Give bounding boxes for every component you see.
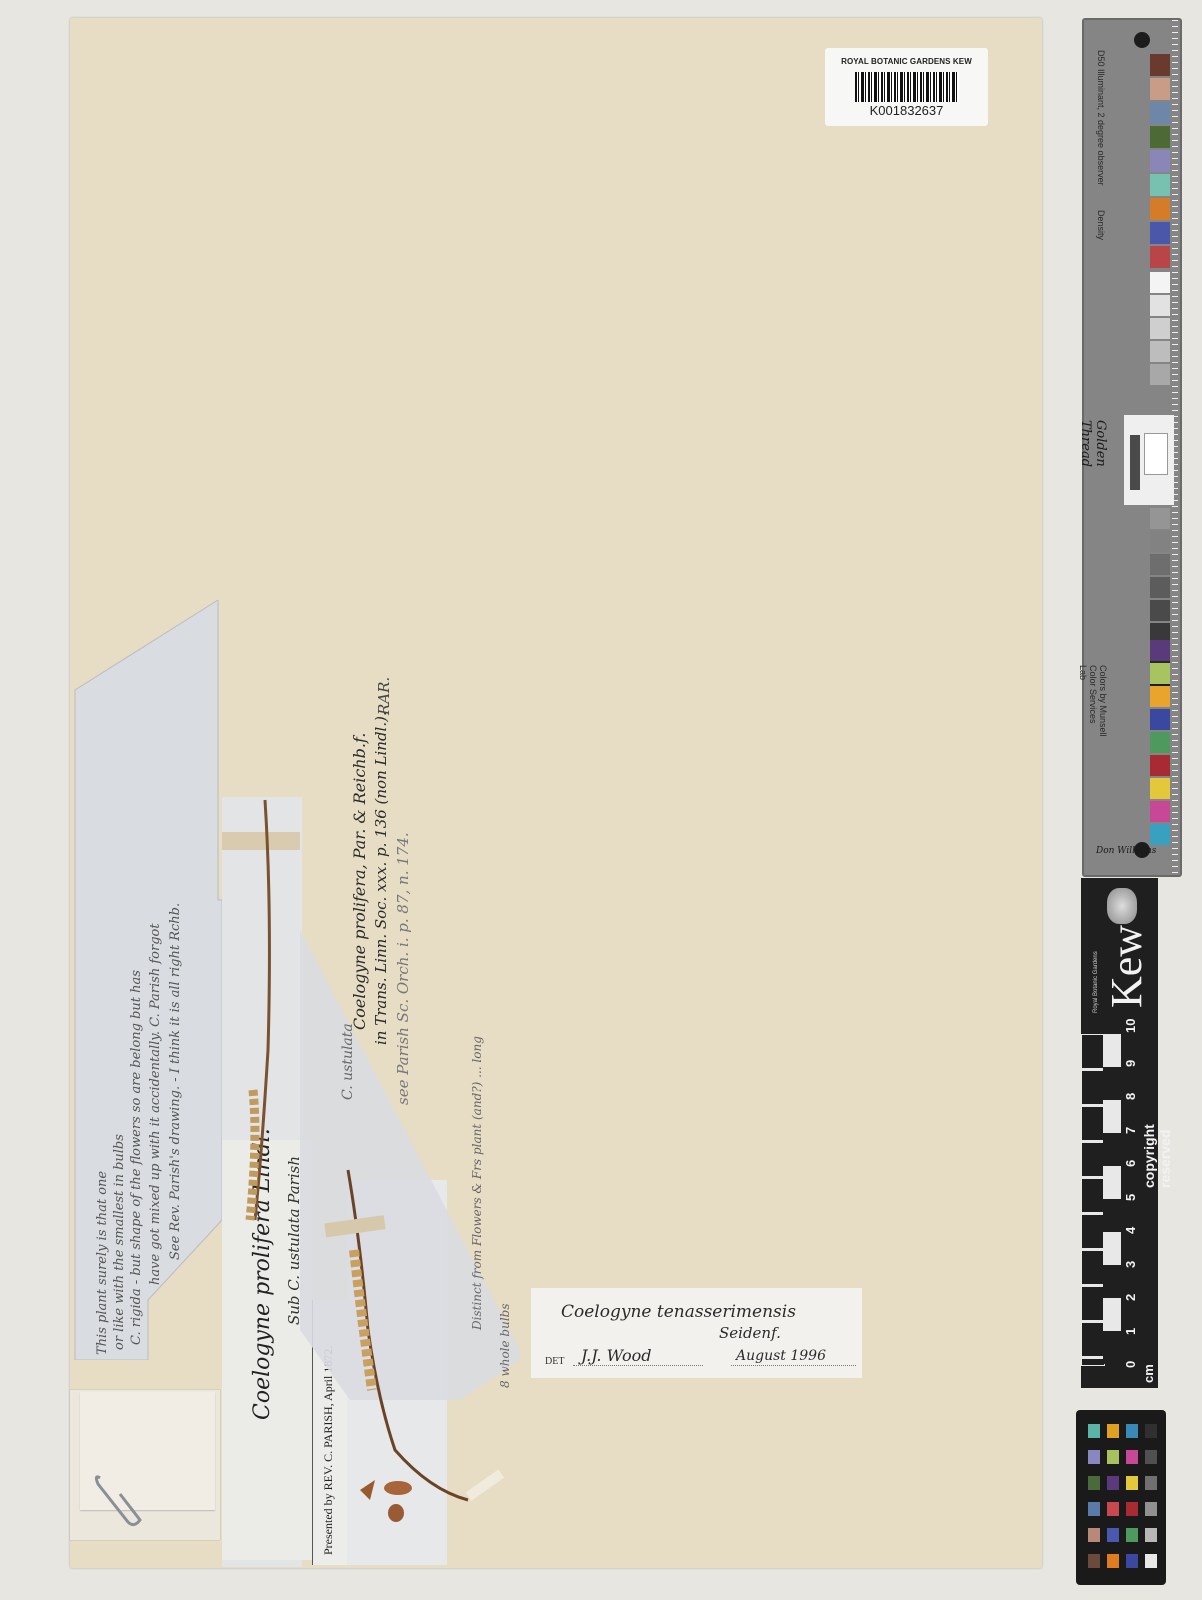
chart-header-text: D50 Illuminant, 2 degree observer <box>1096 50 1106 186</box>
color-swatch <box>1150 531 1170 552</box>
kew-scale-bar: Kew Royal Botanic Gardens copyright rese… <box>1081 878 1158 1388</box>
color-checker-patch <box>1107 1502 1119 1516</box>
barcode-icon <box>855 72 959 102</box>
scale-tick-label: 7 <box>1123 1126 1138 1133</box>
color-checker-patch <box>1126 1554 1138 1568</box>
color-swatch <box>1150 341 1170 362</box>
color-swatch <box>1150 126 1170 148</box>
color-swatch <box>1150 54 1170 76</box>
barcode-label: ROYAL BOTANIC GARDENS KEW K001832637 <box>825 48 988 126</box>
strip-note-line-1: This plant surely is that one <box>95 1171 110 1355</box>
resolution-target <box>1124 415 1174 505</box>
paperclip-icon <box>90 1470 150 1530</box>
copyright-text: copyright reserved <box>1141 1124 1173 1188</box>
color-swatch <box>1150 640 1170 661</box>
color-swatch <box>1150 755 1170 776</box>
barcode-number: K001832637 <box>825 103 988 118</box>
color-swatch <box>1150 174 1170 196</box>
color-checker-patch <box>1088 1450 1100 1464</box>
strip-note-line-4: have got mixed up with it accidentally. … <box>148 923 163 1285</box>
color-checker-patch <box>1107 1554 1119 1568</box>
color-swatch <box>1150 508 1170 529</box>
color-checker-patch <box>1145 1554 1157 1568</box>
det-dotted-line <box>573 1365 703 1366</box>
color-swatch <box>1150 686 1170 707</box>
color-swatch <box>1150 102 1170 124</box>
color-swatch <box>1150 801 1170 822</box>
literature-line-3: see Parish Sc. Orch. i. p. 87, n. 174. <box>394 832 412 1105</box>
color-checker-patch <box>1107 1528 1119 1542</box>
color-swatch <box>1150 198 1170 220</box>
color-swatch <box>1150 364 1170 385</box>
color-checker-patch <box>1107 1450 1119 1464</box>
color-checker-patch <box>1145 1528 1157 1542</box>
det-dotted-line <box>731 1365 856 1366</box>
scale-bar-blocks <box>1081 1034 1105 1366</box>
det-date: August 1996 <box>736 1348 826 1364</box>
color-swatch <box>1150 577 1170 598</box>
kew-logo: Kew <box>1101 925 1152 1008</box>
color-swatch <box>1150 554 1170 575</box>
density-label: Density <box>1096 210 1106 240</box>
kew-logo-subtitle: Royal Botanic Gardens <box>1093 951 1099 1013</box>
color-checker-patch <box>1088 1476 1100 1490</box>
color-swatch <box>1150 78 1170 100</box>
scale-unit: cm <box>1141 1364 1156 1383</box>
strip-note-line-5: See Rev. Parish's drawing. - I think it … <box>168 903 183 1260</box>
color-checker-patch <box>1088 1554 1100 1568</box>
det-taxon-name: Coelogyne tenasserimensis <box>561 1302 796 1322</box>
chart-footer-text: Colors by Munsell Color Services Lab <box>1078 665 1108 737</box>
kew-crest-icon <box>1107 888 1137 924</box>
color-checker-patch <box>1126 1424 1138 1438</box>
color-checker-patch <box>1126 1528 1138 1542</box>
scale-tick-label: 6 <box>1123 1160 1138 1167</box>
literature-line-2: in Trans. Linn. Soc. xxx. p. 136 (non Li… <box>372 711 390 1045</box>
color-checker-patch <box>1126 1502 1138 1516</box>
color-swatch <box>1150 732 1170 753</box>
det-determiner: J.J. Wood <box>581 1346 651 1365</box>
color-checker-patch <box>1126 1450 1138 1464</box>
color-swatch <box>1150 272 1170 293</box>
color-swatch <box>1150 663 1170 684</box>
scale-tick-label: 5 <box>1123 1193 1138 1200</box>
chart-signature: Don Williams <box>1096 846 1156 856</box>
chart-brand: Golden Thread <box>1078 420 1108 492</box>
color-checker-patch <box>1088 1424 1100 1438</box>
color-checker-patch <box>1145 1450 1157 1464</box>
scale-tick-label: 4 <box>1123 1227 1138 1234</box>
color-checker-patch <box>1145 1424 1157 1438</box>
literature-line-1: Coelogyne prolifera, Par. & Reichb.f. <box>350 733 369 1030</box>
color-checker-patch <box>1107 1424 1119 1438</box>
det-author: Seidenf. <box>719 1324 781 1342</box>
scale-tick-label: 9 <box>1123 1059 1138 1066</box>
color-checker-patch <box>1107 1476 1119 1490</box>
color-swatch <box>1150 150 1170 172</box>
registration-dot-icon <box>1134 32 1150 48</box>
ruler-ticks <box>1172 20 1178 875</box>
institution-name: ROYAL BOTANIC GARDENS KEW <box>825 57 988 66</box>
color-swatch <box>1150 246 1170 268</box>
color-checker-card <box>1076 1410 1166 1585</box>
color-swatch <box>1150 318 1170 339</box>
strip-note-line-2: or like with the smallest in bulbs <box>112 1134 127 1350</box>
color-checker-patch <box>1145 1502 1157 1516</box>
color-swatch <box>1150 709 1170 730</box>
scale-tick-label: 1 <box>1123 1327 1138 1334</box>
determination-label: Coelogyne tenasserimensis Seidenf. DET J… <box>531 1288 862 1378</box>
literature-initials: RAR. <box>375 677 393 715</box>
color-swatch <box>1150 778 1170 799</box>
color-checker-patch <box>1145 1476 1157 1490</box>
color-swatch <box>1150 295 1170 316</box>
strip-note-line-3: C. rigida - but shape of the flowers so … <box>129 970 144 1345</box>
color-checker-patch <box>1088 1528 1100 1542</box>
color-swatch <box>1150 222 1170 244</box>
scale-bar-blocks-alt <box>1103 1034 1121 1364</box>
scale-tick-label: 8 <box>1123 1093 1138 1100</box>
scale-tick-label: 2 <box>1123 1294 1138 1301</box>
det-prefix: DET <box>545 1356 564 1367</box>
scale-tick-label: 0 <box>1123 1361 1138 1368</box>
color-checker-patch <box>1088 1502 1100 1516</box>
scale-tick-label: 3 <box>1123 1260 1138 1267</box>
color-swatch <box>1150 824 1170 845</box>
scale-tick-label: 10 <box>1123 1019 1138 1033</box>
color-swatch <box>1150 600 1170 621</box>
color-reference-chart: D50 Illuminant, 2 degree observer Densit… <box>1082 18 1182 877</box>
color-checker-patch <box>1126 1476 1138 1490</box>
